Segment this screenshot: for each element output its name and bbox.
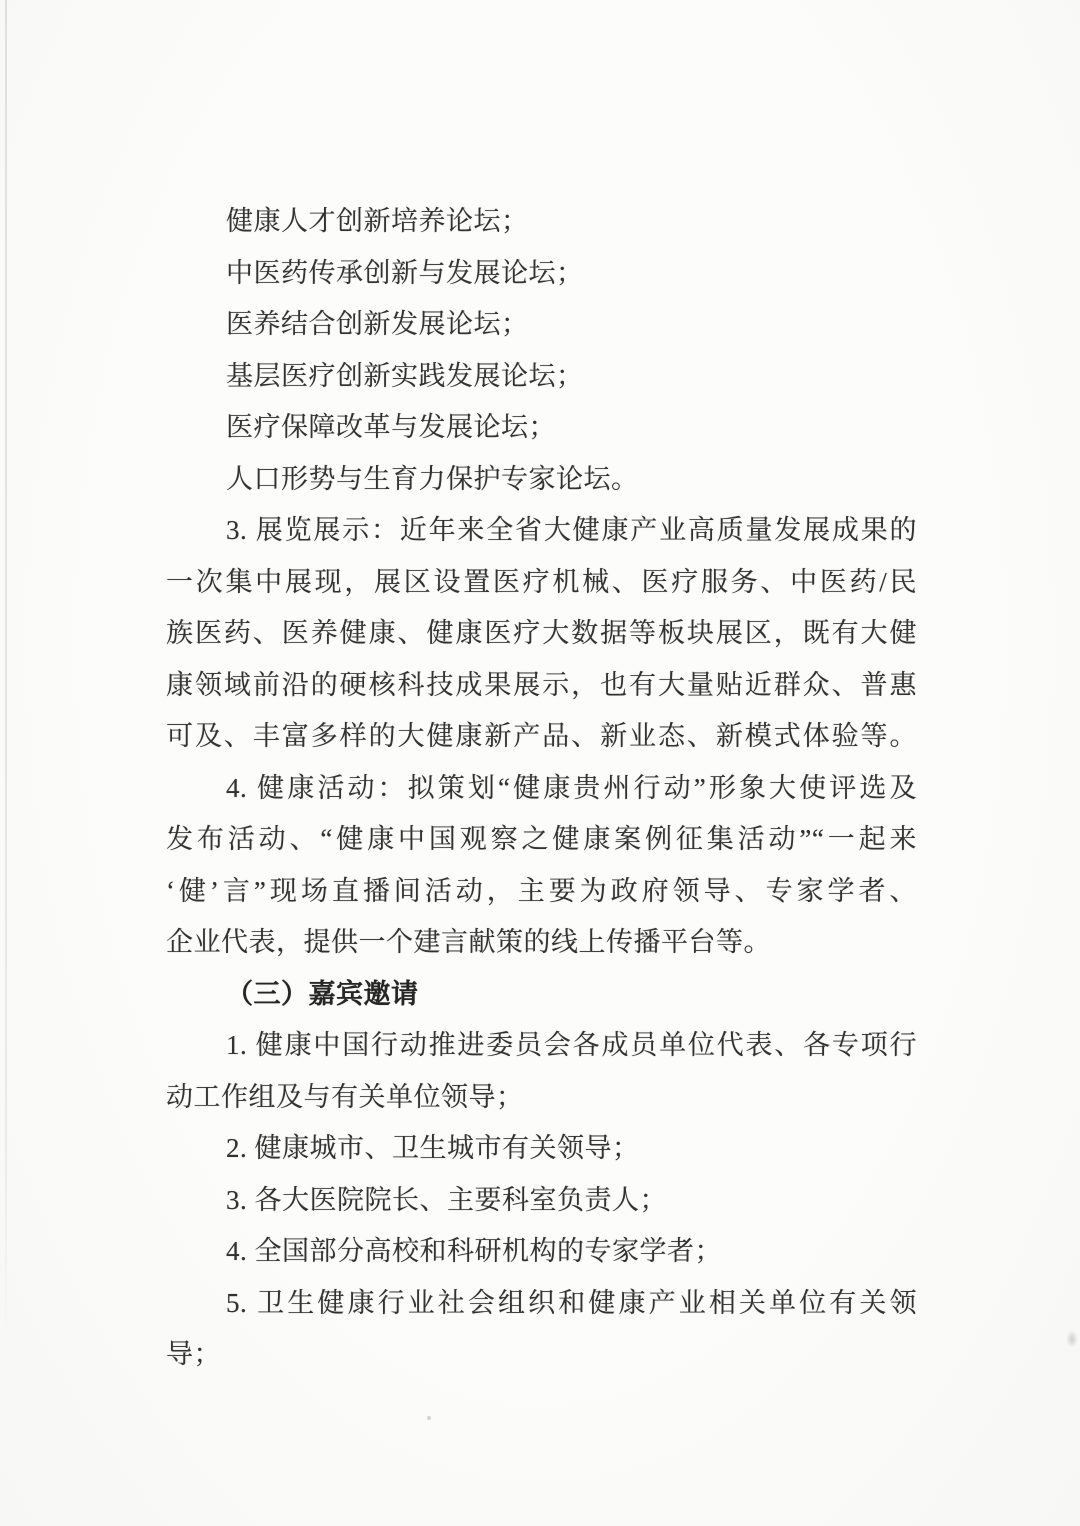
text-line: 4. 健康活动：拟策划“健康贵州行动”形象大使评选及	[166, 763, 917, 815]
text-line: 2. 健康城市、卫生城市有关领导；	[166, 1123, 917, 1175]
text-line: 一次集中展现，展区设置医疗机械、医疗服务、中医药/民	[166, 557, 917, 609]
text-line: 3. 各大医院院长、主要科室负责人；	[166, 1175, 917, 1227]
text-line: 5. 卫生健康行业社会组织和健康产业相关单位有关领	[166, 1278, 917, 1330]
text-line: 导；	[166, 1329, 917, 1381]
text-line: 可及、丰富多样的大健康新产品、新业态、新模式体验等。	[166, 711, 917, 763]
text-line: 健康人才创新培养论坛；	[166, 196, 917, 248]
text-line: 企业代表，提供一个建言献策的线上传播平台等。	[166, 917, 917, 969]
text-line: 发布活动、“健康中国观察之健康案例征集活动”“一起来	[166, 814, 917, 866]
text-line: 人口形势与生育力保护专家论坛。	[166, 454, 917, 506]
text-line: 中医药传承创新与发展论坛；	[166, 248, 917, 300]
text-line: 族医药、医养健康、健康医疗大数据等板块展区，既有大健	[166, 608, 917, 660]
scan-speck-artifact	[427, 1416, 431, 1420]
text-line: 动工作组及与有关单位领导；	[166, 1072, 917, 1124]
text-line: ‘健’言”现场直播间活动，主要为政府领导、专家学者、	[166, 866, 917, 918]
text-line: 1. 健康中国行动推进委员会各成员单位代表、各专项行	[166, 1020, 917, 1072]
text-line: 基层医疗创新实践发展论坛；	[166, 351, 917, 403]
section-heading: （三）嘉宾邀请	[166, 969, 917, 1021]
document-text-block: 健康人才创新培养论坛； 中医药传承创新与发展论坛； 医养结合创新发展论坛； 基层…	[166, 196, 917, 1381]
scan-edge-artifact	[5, 0, 7, 1345]
text-line: 康领域前沿的硬核科技成果展示，也有大量贴近群众、普惠	[166, 660, 917, 712]
scan-smudge-artifact	[1066, 1330, 1078, 1348]
text-line: 3. 展览展示：近年来全省大健康产业高质量发展成果的	[166, 505, 917, 557]
text-line: 医疗保障改革与发展论坛；	[166, 402, 917, 454]
document-page: 健康人才创新培养论坛； 中医药传承创新与发展论坛； 医养结合创新发展论坛； 基层…	[0, 0, 1080, 1526]
text-line: 4. 全国部分高校和科研机构的专家学者；	[166, 1226, 917, 1278]
text-line: 医养结合创新发展论坛；	[166, 299, 917, 351]
